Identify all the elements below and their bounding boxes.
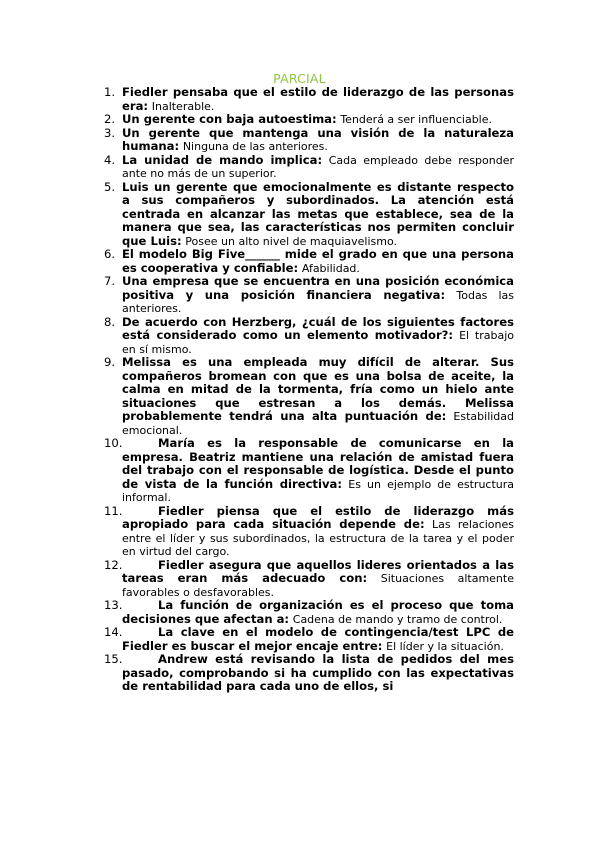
- list-item: 11.Fiedler piensa que el estilo de lider…: [104, 505, 514, 559]
- answer-text: Posee un alto nivel de maquiavelismo.: [185, 235, 397, 248]
- item-number: 6.: [104, 248, 115, 262]
- item-number: 9.: [104, 356, 115, 370]
- item-number: 4.: [104, 154, 115, 168]
- item-number: 8.: [104, 316, 115, 330]
- list-item: 6.El modelo Big Five______ mide el grado…: [104, 248, 514, 275]
- list-item: 9.Melissa es una empleada muy difícil de…: [104, 356, 514, 437]
- list-item: 2.Un gerente con baja autoestima: Tender…: [104, 113, 514, 127]
- list-item: 7.Una empresa que se encuentra en una po…: [104, 275, 514, 316]
- item-number: 2.: [104, 113, 115, 127]
- document-page: PARCIAL 1.Fiedler pensaba que el estilo …: [0, 0, 599, 848]
- item-number: 14.: [104, 626, 122, 640]
- question-text: Un gerente con baja autoestima:: [122, 112, 337, 126]
- list-item: 12.Fiedler asegura que aquellos lideres …: [104, 559, 514, 600]
- item-number: 7.: [104, 275, 115, 289]
- list-item: 15.Andrew está revisando la lista de ped…: [104, 653, 514, 694]
- item-number: 1.: [104, 86, 115, 100]
- list-item: 8.De acuerdo con Herzberg, ¿cuál de los …: [104, 316, 514, 357]
- question-text: De acuerdo con Herzberg, ¿cuál de los si…: [122, 315, 514, 343]
- answer-text: Ninguna de las anteriores.: [183, 140, 328, 153]
- question-text: La unidad de mando implica:: [122, 153, 322, 167]
- item-number: 10.: [104, 437, 122, 451]
- answer-text: Afabilidad.: [302, 262, 360, 275]
- list-item: 10.María es la responsable de comunicars…: [104, 437, 514, 505]
- list-item: 5.Luis un gerente que emocionalmente es …: [104, 181, 514, 249]
- answer-text: Inalterable.: [152, 100, 215, 113]
- list-item: 3.Un gerente que mantenga una visión de …: [104, 127, 514, 154]
- question-list: 1.Fiedler pensaba que el estilo de lider…: [104, 86, 514, 694]
- list-item: 1.Fiedler pensaba que el estilo de lider…: [104, 86, 514, 113]
- list-item: 14.La clave en el modelo de contingencia…: [104, 626, 514, 653]
- question-text: Andrew está revisando la lista de pedido…: [122, 652, 514, 693]
- answer-text: Tenderá a ser influenciable.: [340, 113, 492, 126]
- item-number: 11.: [104, 505, 122, 519]
- item-number: 5.: [104, 181, 115, 195]
- answer-text: Cadena de mando y tramo de control.: [293, 613, 503, 626]
- document-title: PARCIAL: [0, 71, 599, 86]
- item-number: 12.: [104, 559, 122, 573]
- list-item: 13.La función de organización es el proc…: [104, 599, 514, 626]
- list-item: 4.La unidad de mando implica: Cada emple…: [104, 154, 514, 181]
- item-number: 3.: [104, 127, 115, 141]
- item-number: 13.: [104, 599, 122, 613]
- item-number: 15.: [104, 653, 122, 667]
- answer-text: El líder y la situación.: [386, 640, 504, 653]
